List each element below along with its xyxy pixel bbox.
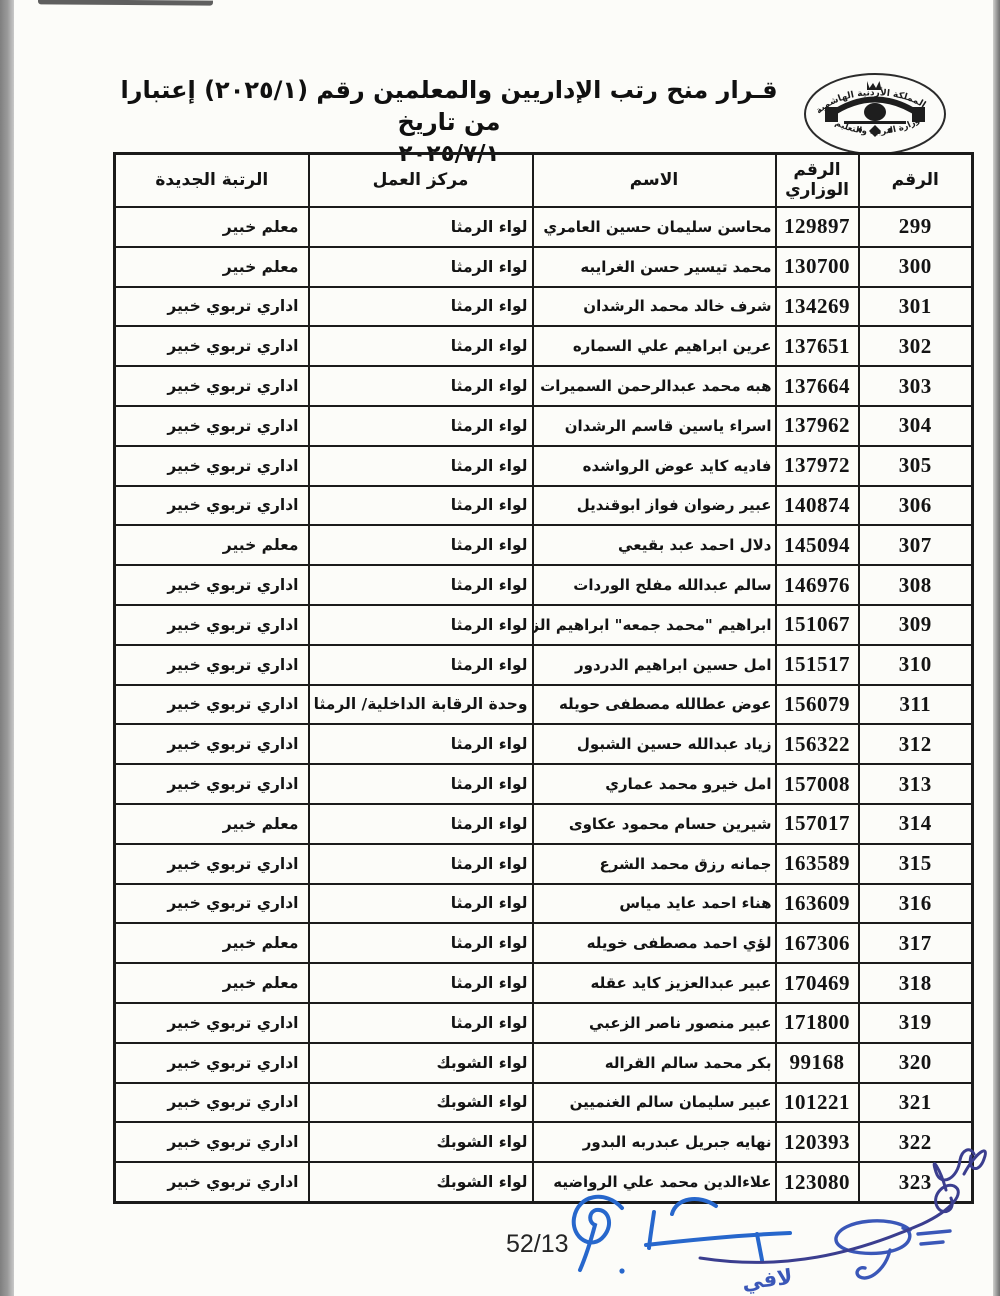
cell-work-center: لواء الشوبك (309, 1043, 533, 1083)
table-header-row: الرقم الرقم الوزاري الاسم مركز العمل الر… (115, 154, 973, 208)
cell-number: 311 (859, 685, 973, 725)
cell-ministry-number: 157008 (776, 764, 859, 804)
table-row: 314 157017 شيرين حسام محمود عكاوى لواء ا… (115, 804, 973, 844)
cell-name: هناء احمد عايد مياس (533, 884, 776, 924)
table-row: 322 120393 نهايه جبريل عبدربه البدور لوا… (115, 1122, 973, 1162)
cell-new-rank: اداري تربوي خبير (115, 326, 309, 366)
cell-ministry-number: 170469 (776, 963, 859, 1003)
cell-name: عبير عبدالعزيز كايد عقله (533, 963, 776, 1003)
cell-work-center: لواء الرمثا (309, 605, 533, 645)
table-row: 323 123080 علاءالدين محمد علي الرواضيه ل… (115, 1162, 973, 1202)
scan-edge-left (0, 0, 14, 1296)
table-row: 312 156322 زياد عبدالله حسين الشبول لواء… (115, 724, 973, 764)
cell-work-center: لواء الشوبك (309, 1083, 533, 1123)
col-header-new-rank: الرتبة الجديدة (115, 154, 309, 208)
cell-new-rank: معلم خبير (115, 207, 309, 247)
cell-number: 303 (859, 366, 973, 406)
col-header-ministry-number: الرقم الوزاري (776, 154, 859, 208)
col-header-name: الاسم (533, 154, 776, 208)
cell-ministry-number: 137664 (776, 366, 859, 406)
cell-new-rank: معلم خبير (115, 804, 309, 844)
scanned-page: قـرار منح رتب الإداريين والمعلمين رقم (٢… (0, 0, 1000, 1296)
table-row: 308 146976 سالم عبدالله مفلح الوردات لوا… (115, 565, 973, 605)
cell-name: شيرين حسام محمود عكاوى (533, 804, 776, 844)
cell-number: 308 (859, 565, 973, 605)
cell-work-center: لواء الرمثا (309, 804, 533, 844)
cell-ministry-number: 140874 (776, 486, 859, 526)
cell-new-rank: اداري تربوي خبير (115, 605, 309, 645)
cell-name: نهايه جبريل عبدربه البدور (533, 1122, 776, 1162)
cell-work-center: لواء الرمثا (309, 406, 533, 446)
table-row: 299 129897 محاسن سليمان حسين العامري لوا… (115, 207, 973, 247)
table-row: 304 137962 اسراء ياسين قاسم الرشدان لواء… (115, 406, 973, 446)
cell-name: امل خيرو محمد عماري (533, 764, 776, 804)
cell-ministry-number: 156322 (776, 724, 859, 764)
cell-number: 316 (859, 884, 973, 924)
cell-name: علاءالدين محمد علي الرواضيه (533, 1162, 776, 1202)
cell-name: جمانه رزق محمد الشرع (533, 844, 776, 884)
cell-new-rank: اداري تربوي خبير (115, 287, 309, 327)
cell-work-center: لواء الرمثا (309, 1003, 533, 1043)
table-row: 302 137651 عرين ابراهيم علي السماره لواء… (115, 326, 973, 366)
cell-number: 320 (859, 1043, 973, 1083)
cell-number: 322 (859, 1122, 973, 1162)
ministry-seal-icon: المملكة الأردنية الهاشمية وزارة التربية … (800, 70, 950, 158)
cell-name: محاسن سليمان حسين العامري (533, 207, 776, 247)
cell-ministry-number: 171800 (776, 1003, 859, 1043)
cell-new-rank: اداري تربوي خبير (115, 1083, 309, 1123)
table-row: 320 99168 بكر محمد سالم القراله لواء الش… (115, 1043, 973, 1083)
cell-name: امل حسين ابراهيم الدردور (533, 645, 776, 685)
cell-ministry-number: 163589 (776, 844, 859, 884)
rank-grant-table: الرقم الرقم الوزاري الاسم مركز العمل الر… (113, 152, 974, 1204)
cell-ministry-number: 137962 (776, 406, 859, 446)
table-row: 301 134269 شرف خالد محمد الرشدان لواء ال… (115, 287, 973, 327)
cell-name: فاديه كايد عوض الرواشده (533, 446, 776, 486)
cell-work-center: لواء الشوبك (309, 1162, 533, 1202)
cell-number: 300 (859, 247, 973, 287)
cell-number: 310 (859, 645, 973, 685)
cell-ministry-number: 99168 (776, 1043, 859, 1083)
cell-ministry-number: 146976 (776, 565, 859, 605)
cell-work-center: لواء الرمثا (309, 207, 533, 247)
table-row: 315 163589 جمانه رزق محمد الشرع لواء الر… (115, 844, 973, 884)
cell-new-rank: اداري تربوي خبير (115, 446, 309, 486)
cell-work-center: لواء الشوبك (309, 1122, 533, 1162)
cell-ministry-number: 145094 (776, 525, 859, 565)
cell-name: ابراهيم "محمد جمعه" ابراهيم الزعبي (533, 605, 776, 645)
cell-name: اسراء ياسين قاسم الرشدان (533, 406, 776, 446)
cell-ministry-number: 163609 (776, 884, 859, 924)
table-row: 305 137972 فاديه كايد عوض الرواشده لواء … (115, 446, 973, 486)
cell-new-rank: اداري تربوي خبير (115, 764, 309, 804)
cell-number: 313 (859, 764, 973, 804)
col-header-number: الرقم (859, 154, 973, 208)
cell-new-rank: اداري تربوي خبير (115, 685, 309, 725)
cell-work-center: لواء الرمثا (309, 884, 533, 924)
cell-name: هبه محمد عبدالرحمن السميرات (533, 366, 776, 406)
signature-note-text: لافي (741, 1265, 794, 1295)
cell-number: 318 (859, 963, 973, 1003)
cell-name: بكر محمد سالم القراله (533, 1043, 776, 1083)
cell-number: 305 (859, 446, 973, 486)
cell-new-rank: اداري تربوي خبير (115, 645, 309, 685)
cell-name: عبير منصور ناصر الزعبي (533, 1003, 776, 1043)
table-row: 306 140874 عبير رضوان فواز ابوقنديل لواء… (115, 486, 973, 526)
cell-number: 302 (859, 326, 973, 366)
table-row: 300 130700 محمد تيسير حسن الغرايبه لواء … (115, 247, 973, 287)
cell-name: عبير رضوان فواز ابوقنديل (533, 486, 776, 526)
cell-name: عرين ابراهيم علي السماره (533, 326, 776, 366)
table-row: 316 163609 هناء احمد عايد مياس لواء الرم… (115, 884, 973, 924)
cell-new-rank: اداري تربوي خبير (115, 1122, 309, 1162)
cell-name: شرف خالد محمد الرشدان (533, 287, 776, 327)
page-number: 52/13 (506, 1230, 569, 1259)
cell-name: سالم عبدالله مفلح الوردات (533, 565, 776, 605)
table-row: 319 171800 عبير منصور ناصر الزعبي لواء ا… (115, 1003, 973, 1043)
cell-number: 317 (859, 923, 973, 963)
table-row: 307 145094 دلال احمد عبد بقيعي لواء الرم… (115, 525, 973, 565)
cell-work-center: لواء الرمثا (309, 844, 533, 884)
cell-new-rank: معلم خبير (115, 525, 309, 565)
cell-new-rank: معلم خبير (115, 923, 309, 963)
cell-new-rank: اداري تربوي خبير (115, 565, 309, 605)
cell-work-center: وحدة الرقابة الداخلية/ الرمثا (309, 685, 533, 725)
cell-number: 301 (859, 287, 973, 327)
table-row: 313 157008 امل خيرو محمد عماري لواء الرم… (115, 764, 973, 804)
cell-new-rank: اداري تربوي خبير (115, 844, 309, 884)
cell-new-rank: اداري تربوي خبير (115, 1043, 309, 1083)
table-row: 303 137664 هبه محمد عبدالرحمن السميرات ل… (115, 366, 973, 406)
cell-work-center: لواء الرمثا (309, 724, 533, 764)
cell-new-rank: اداري تربوي خبير (115, 406, 309, 446)
signature-left (574, 1197, 790, 1274)
cell-ministry-number: 120393 (776, 1122, 859, 1162)
cell-ministry-number: 134269 (776, 287, 859, 327)
cell-ministry-number: 151517 (776, 645, 859, 685)
cell-ministry-number: 167306 (776, 923, 859, 963)
table-row: 309 151067 ابراهيم "محمد جمعه" ابراهيم ا… (115, 605, 973, 645)
scan-edge-right (993, 0, 1000, 1296)
cell-number: 321 (859, 1083, 973, 1123)
cell-ministry-number: 137972 (776, 446, 859, 486)
title-line-1: قـرار منح رتب الإداريين والمعلمين رقم (٢… (109, 74, 789, 139)
signature-middle (836, 1221, 950, 1278)
table-row: 317 167306 لؤي احمد مصطفى خويله لواء الر… (115, 923, 973, 963)
table-row: 318 170469 عبير عبدالعزيز كايد عقله لواء… (115, 963, 973, 1003)
table-row: 310 151517 امل حسين ابراهيم الدردور لواء… (115, 645, 973, 685)
cell-number: 319 (859, 1003, 973, 1043)
cell-new-rank: معلم خبير (115, 247, 309, 287)
cell-new-rank: معلم خبير (115, 963, 309, 1003)
cell-work-center: لواء الرمثا (309, 287, 533, 327)
cell-work-center: لواء الرمثا (309, 486, 533, 526)
cell-work-center: لواء الرمثا (309, 525, 533, 565)
cell-work-center: لواء الرمثا (309, 923, 533, 963)
cell-number: 309 (859, 605, 973, 645)
cell-new-rank: اداري تربوي خبير (115, 1162, 309, 1202)
cell-work-center: لواء الرمثا (309, 963, 533, 1003)
cell-work-center: لواء الرمثا (309, 764, 533, 804)
cell-work-center: لواء الرمثا (309, 565, 533, 605)
cell-work-center: لواء الرمثا (309, 366, 533, 406)
cell-name: عوض عطالله مصطفى حويله (533, 685, 776, 725)
cell-name: لؤي احمد مصطفى خويله (533, 923, 776, 963)
cell-new-rank: اداري تربوي خبير (115, 486, 309, 526)
cell-ministry-number: 123080 (776, 1162, 859, 1202)
cell-ministry-number: 129897 (776, 207, 859, 247)
cell-new-rank: اداري تربوي خبير (115, 884, 309, 924)
table-row: 311 156079 عوض عطالله مصطفى حويله وحدة ا… (115, 685, 973, 725)
cell-ministry-number: 137651 (776, 326, 859, 366)
cell-ministry-number: 157017 (776, 804, 859, 844)
cell-number: 307 (859, 525, 973, 565)
cell-new-rank: اداري تربوي خبير (115, 366, 309, 406)
cell-ministry-number: 151067 (776, 605, 859, 645)
cell-work-center: لواء الرمثا (309, 446, 533, 486)
cell-number: 306 (859, 486, 973, 526)
cell-ministry-number: 101221 (776, 1083, 859, 1123)
cell-work-center: لواء الرمثا (309, 645, 533, 685)
cell-work-center: لواء الرمثا (309, 326, 533, 366)
cell-number: 312 (859, 724, 973, 764)
cell-number: 323 (859, 1162, 973, 1202)
paper-sheet: قـرار منح رتب الإداريين والمعلمين رقم (٢… (14, 0, 993, 1296)
cell-name: محمد تيسير حسن الغرايبه (533, 247, 776, 287)
cell-name: عبير سليمان سالم الغنميين (533, 1083, 776, 1123)
col-header-work-center: مركز العمل (309, 154, 533, 208)
cell-name: زياد عبدالله حسين الشبول (533, 724, 776, 764)
cell-number: 315 (859, 844, 973, 884)
cell-name: دلال احمد عبد بقيعي (533, 525, 776, 565)
cell-work-center: لواء الرمثا (309, 247, 533, 287)
cell-number: 299 (859, 207, 973, 247)
cell-new-rank: اداري تربوي خبير (115, 724, 309, 764)
table-row: 321 101221 عبير سليمان سالم الغنميين لوا… (115, 1083, 973, 1123)
cell-ministry-number: 130700 (776, 247, 859, 287)
cell-number: 304 (859, 406, 973, 446)
cell-number: 314 (859, 804, 973, 844)
cell-new-rank: اداري تربوي خبير (115, 1003, 309, 1043)
cell-ministry-number: 156079 (776, 685, 859, 725)
